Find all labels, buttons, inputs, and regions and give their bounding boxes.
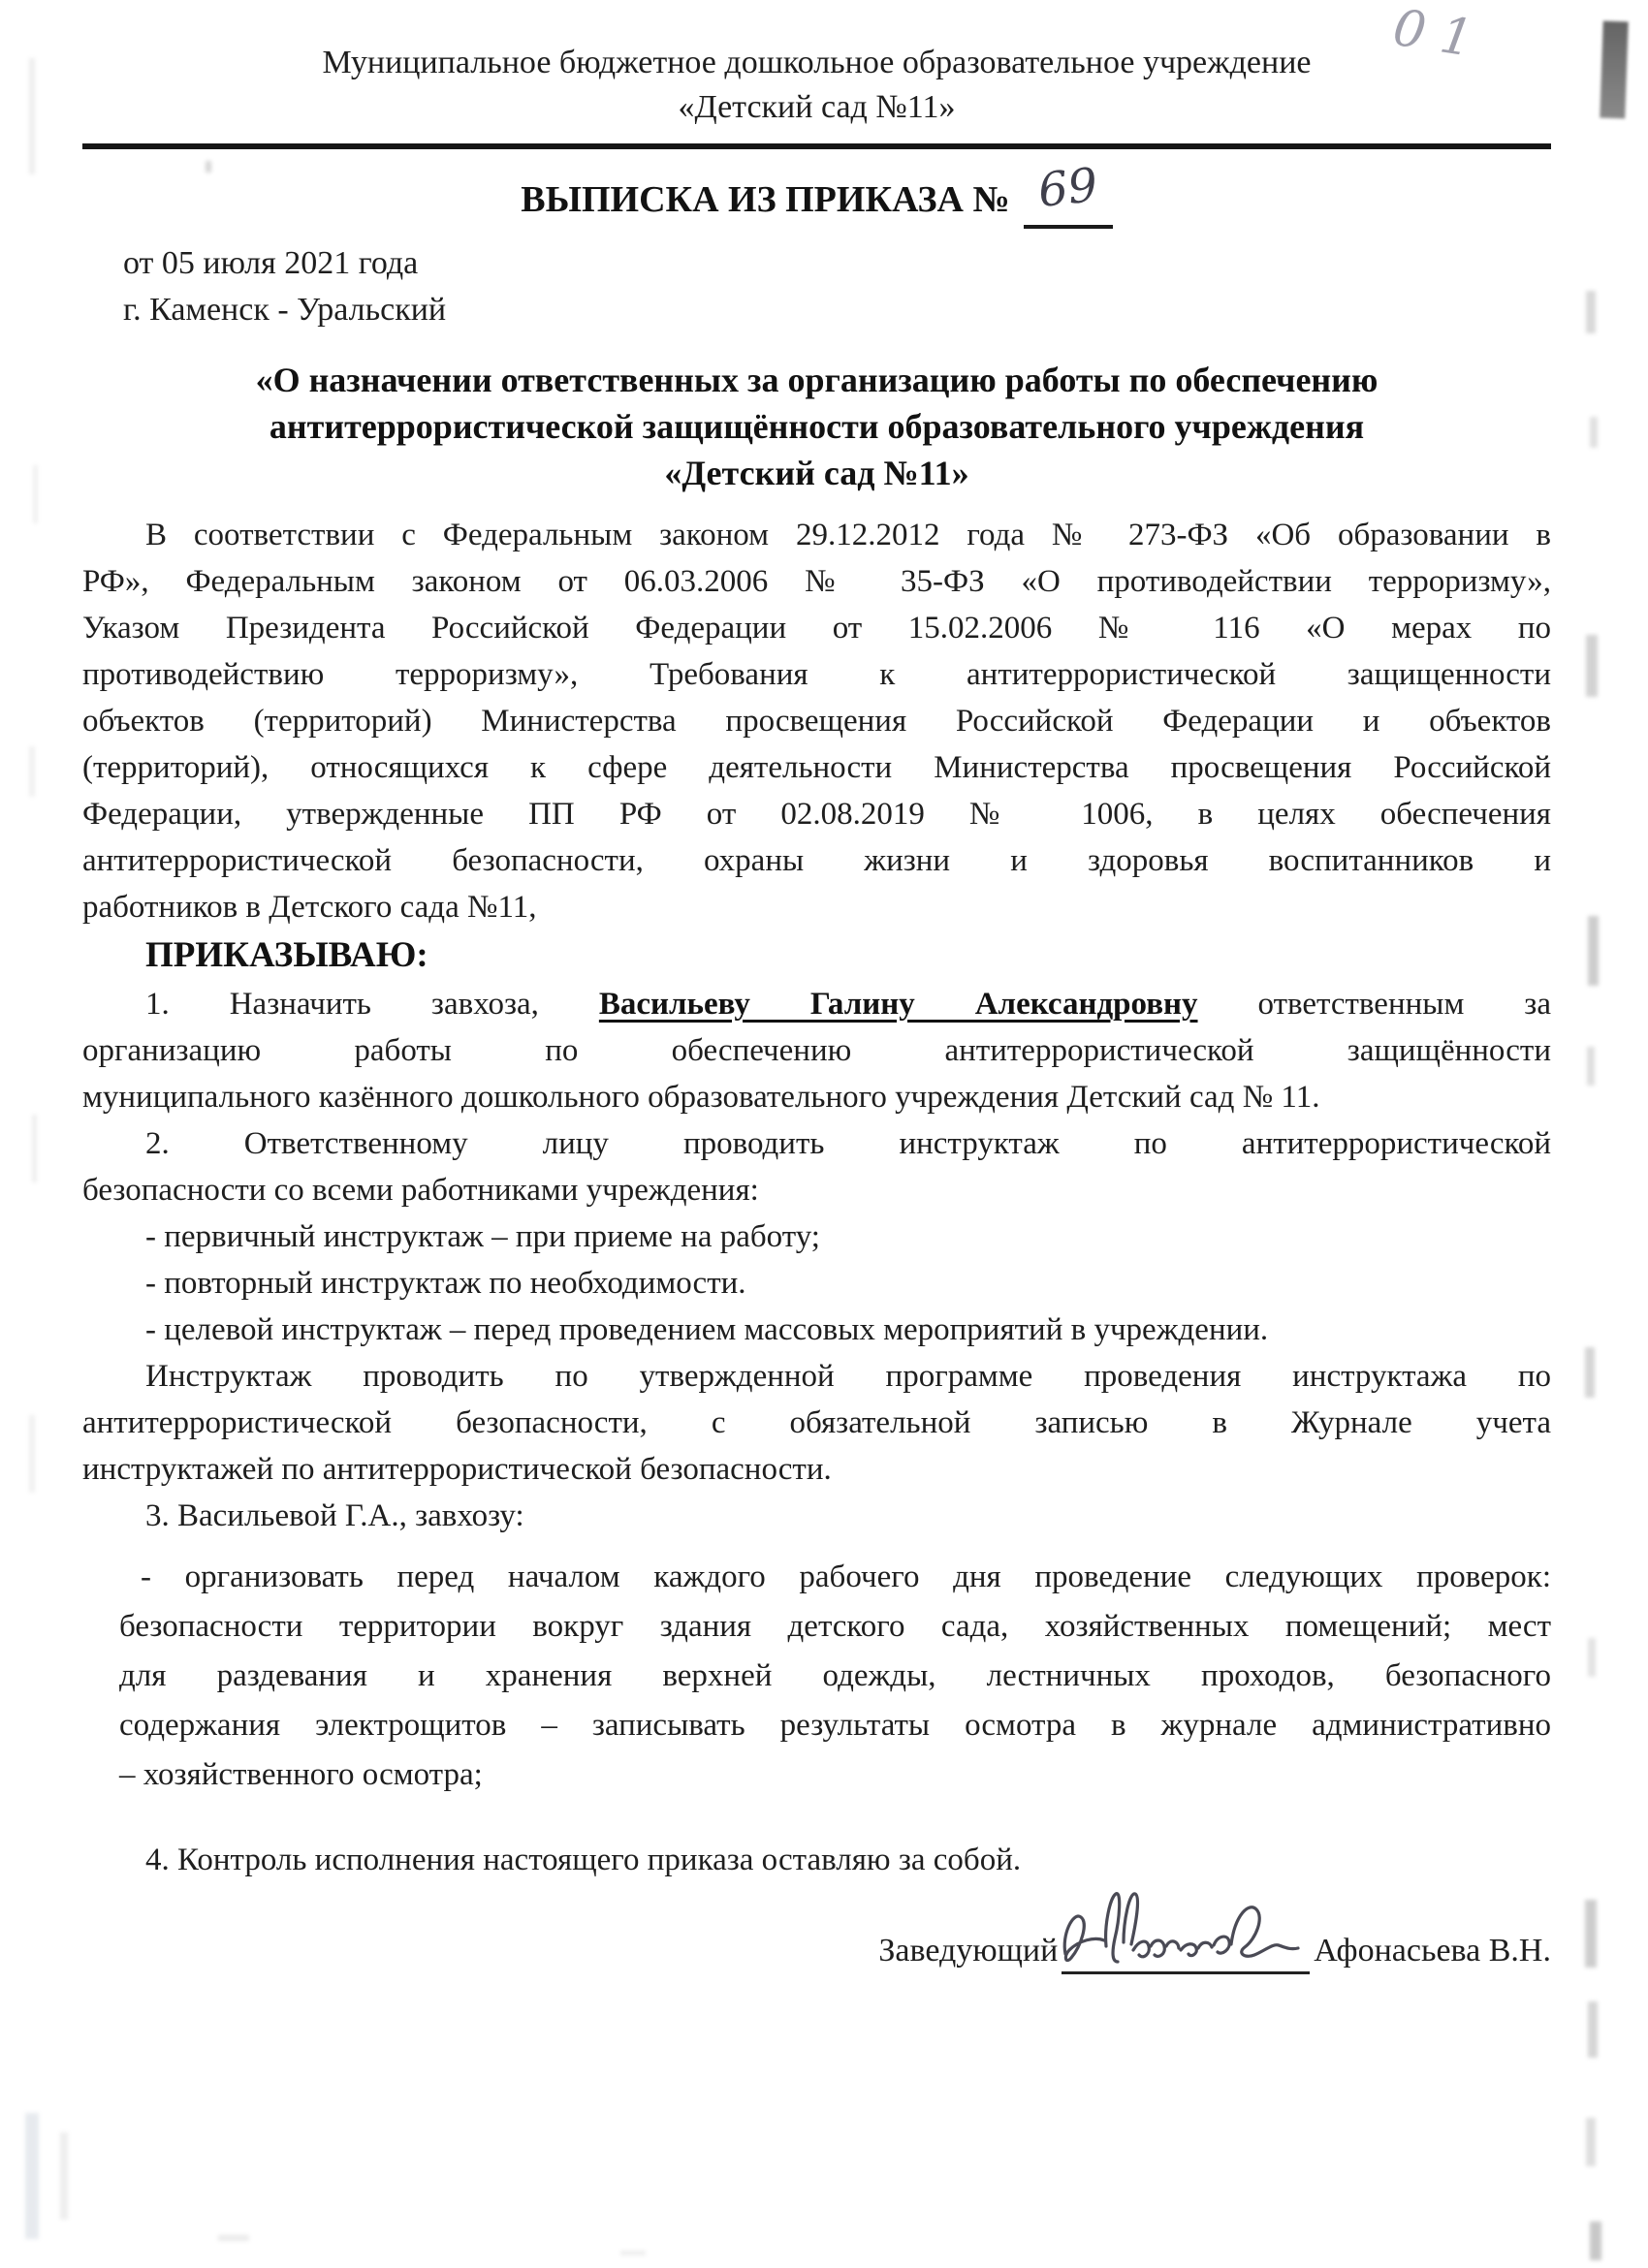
text-line: антитеррористической безопасности, охран… [82, 837, 1551, 884]
scan-artifact [218, 2235, 249, 2241]
organization-subname: «Детский сад №11» [82, 85, 1551, 130]
signature-row: Заведующий Афонасьева В.Н. [82, 1928, 1551, 1974]
scan-artifact [1587, 1047, 1595, 1086]
signature-underline [1062, 1929, 1310, 1974]
text-line: безопасности территории вокруг здания де… [119, 1602, 1551, 1652]
text-line: антитеррористической безопасности, с обя… [82, 1400, 1551, 1446]
text-line: безопасности со всеми работниками учрежд… [82, 1167, 1551, 1213]
signature-name: Афонасьева В.Н. [1314, 1928, 1551, 1974]
bullet-target: - целевой инструктаж – перед проведением… [82, 1307, 1551, 1353]
scan-artifact [25, 2113, 39, 2239]
order-subject: «О назначении ответственных за организац… [82, 357, 1551, 496]
paragraph-item3: - организовать перед началом каждого раб… [119, 1553, 1551, 1800]
text-line: для раздевания и хранения верхней одежды… [119, 1652, 1551, 1701]
text-line: муниципального казённого дошкольного обр… [82, 1074, 1551, 1120]
text-line: «О назначении ответственных за организац… [82, 357, 1551, 403]
scan-artifact [1588, 2001, 1598, 2058]
text-line: Инструктаж проводить по утвержденной про… [82, 1353, 1551, 1400]
text-line: объектов (территорий) Министерства просв… [82, 698, 1551, 744]
order-title-text: ВЫПИСКА ИЗ ПРИКАЗА № [521, 179, 1009, 220]
scan-artifact [29, 746, 35, 797]
paragraph-instruction: Инструктаж проводить по утвержденной про… [82, 1353, 1551, 1493]
text-fragment: 1. Назначить завхоза, [145, 987, 599, 1022]
text-line: антитеррористической защищённости образо… [82, 403, 1551, 450]
text-line: 2. Ответственному лицу проводить инструк… [82, 1120, 1551, 1167]
signature-role: Заведующий [878, 1928, 1058, 1974]
item3-heading: 3. Васильевой Г.А., завхозу: [82, 1493, 1551, 1539]
scan-artifact [1588, 1638, 1596, 1677]
text-line: – хозяйственного осмотра; [119, 1750, 1551, 1800]
bullet-primary: - первичный инструктаж – при приеме на р… [82, 1213, 1551, 1260]
order-city: г. Каменск - Уральский [82, 287, 1551, 333]
scanned-document-page: Муниципальное бюджетное дошкольное образ… [0, 0, 1648, 2268]
text-line: Федерации, утвержденные ПП РФ от 02.08.2… [82, 791, 1551, 837]
organization-header: Муниципальное бюджетное дошкольное образ… [82, 41, 1551, 130]
text-line: - организовать перед началом каждого раб… [119, 1553, 1551, 1602]
paragraph-item1: 1. Назначить завхоза, Васильеву Галину А… [82, 981, 1551, 1120]
text-line: содержания электрощитов – записывать рез… [119, 1701, 1551, 1750]
document-content: Муниципальное бюджетное дошкольное образ… [82, 41, 1551, 1974]
text-fragment: ответственным за [1198, 987, 1551, 1022]
scan-artifact [1590, 2221, 1601, 2260]
bullet-repeat: - повторный инструктаж по необходимости. [82, 1260, 1551, 1307]
scan-artifact [1600, 21, 1628, 119]
scan-artifact [1586, 635, 1598, 697]
scan-artifact [620, 2251, 646, 2255]
scan-artifact [1585, 1900, 1597, 1968]
text-line: «Детский сад №11» [82, 450, 1551, 496]
text-line: РФ», Федеральным законом от 06.03.2006 №… [82, 558, 1551, 605]
text-line: 1. Назначить завхоза, Васильеву Галину А… [82, 981, 1551, 1027]
order-number-underline: 69 [1024, 171, 1113, 229]
text-line: Указом Президента Российской Федерации о… [82, 605, 1551, 651]
order-title: ВЫПИСКА ИЗ ПРИКАЗА №69 [82, 171, 1551, 229]
text-line: противодействию терроризму», Требования … [82, 651, 1551, 698]
order-number-handwritten: 69 [1036, 160, 1100, 216]
text-line: инструктажей по антитеррористической без… [82, 1446, 1551, 1493]
text-line: работников в Детского сада №11, [82, 884, 1551, 930]
order-date: от 05 июля 2021 года [82, 240, 1551, 287]
scan-artifact [1586, 291, 1596, 333]
resolve-word: ПРИКАЗЫВАЮ: [82, 930, 1551, 981]
scan-artifact [1588, 916, 1599, 986]
scan-artifact [1586, 2118, 1596, 2166]
paragraph-item4: 4. Контроль исполнения настоящего приказ… [82, 1837, 1551, 1883]
scan-artifact [1585, 1347, 1595, 1398]
paragraph-item2: 2. Ответственному лицу проводить инструк… [82, 1120, 1551, 1213]
scan-artifact [32, 1115, 37, 1182]
paragraph-intro: В соответствии с Федеральным законом 29.… [82, 512, 1551, 930]
text-line: (территорий), относящихся к сфере деятел… [82, 744, 1551, 791]
highlighted-name: Васильеву Галину Александровну [599, 987, 1198, 1022]
scan-artifact [60, 2132, 68, 2220]
text-line: В соответствии с Федеральным законом 29.… [82, 512, 1551, 558]
scan-artifact [33, 465, 38, 523]
scan-artifact [29, 58, 35, 174]
text-line: организацию работы по обеспечению антите… [82, 1027, 1551, 1074]
scan-artifact [1590, 417, 1598, 448]
divider-rule [82, 143, 1551, 149]
organization-name: Муниципальное бюджетное дошкольное образ… [82, 41, 1551, 85]
signature-scribble-icon [1056, 1886, 1317, 1987]
scan-artifact [29, 1415, 35, 1493]
